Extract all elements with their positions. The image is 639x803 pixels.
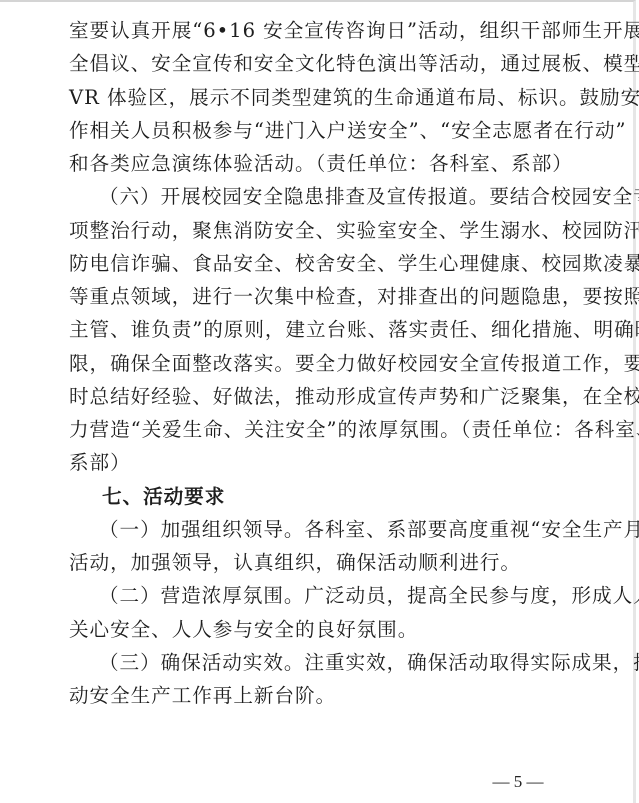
paragraph-line: 力营造“关爱生命、关注安全”的浓厚氛围。（责任单位：各科室、 (69, 413, 565, 446)
document-page: 室要认真开展“6•16 安全宣传咨询日”活动，组织干部师生开展安 全倡议、安全宣… (0, 0, 636, 803)
paragraph-line: （三）确保活动实效。注重实效，确保活动取得实际成果，推 (69, 646, 565, 679)
paragraph-line: 作相关人员积极参与“进门入户送安全”、“安全志愿者在行动” (69, 114, 565, 147)
paragraph-line: （六）开展校园安全隐患排查及宣传报道。要结合校园安全专 (69, 180, 565, 213)
paragraph-line: 时总结好经验、好做法，推动形成宣传声势和广泛聚集，在全校大 (69, 380, 565, 413)
paragraph-line: 限，确保全面整改落实。要全力做好校园安全宣传报道工作，要及 (69, 347, 565, 380)
paragraph-line: 室要认真开展“6•16 安全宣传咨询日”活动，组织干部师生开展安 (69, 14, 565, 47)
paragraph-line: （一）加强组织领导。各科室、系部要高度重视“安全生产月” (69, 513, 565, 546)
paragraph-line: VR 体验区，展示不同类型建筑的生命通道布局、标识。鼓励安全工 (69, 81, 565, 114)
paragraph-line: 全倡议、安全宣传和安全文化特色演出等活动，通过展板、模型或 (69, 47, 565, 80)
paragraph-line: 动安全生产工作再上新台阶。 (69, 679, 565, 712)
paragraph-line: 等重点领域，进行一次集中检查，对排查出的问题隐患，要按照“谁 (69, 280, 565, 313)
paragraph-line: 主管、谁负责”的原则，建立台账、落实责任、细化措施、明确时 (69, 313, 565, 346)
paragraph-line: 系部） (69, 446, 565, 479)
paragraph-line: 项整治行动，聚焦消防安全、实验室安全、学生溺水、校园防汛、 (69, 214, 565, 247)
section-heading: 七、活动要求 (69, 480, 565, 513)
paragraph-line: 和各类应急演练体验活动。（责任单位：各科室、系部） (69, 147, 565, 180)
paragraph-line: 防电信诈骗、食品安全、校舍安全、学生心理健康、校园欺凌暴力 (69, 247, 565, 280)
paragraph-line: 活动，加强领导，认真组织，确保活动顺利进行。 (69, 546, 565, 579)
document-body: 室要认真开展“6•16 安全宣传咨询日”活动，组织干部师生开展安 全倡议、安全宣… (69, 14, 565, 712)
paragraph-line: （二）营造浓厚氛围。广泛动员，提高全民参与度，形成人人 (69, 579, 565, 612)
page-number: — 5 — (478, 772, 558, 792)
paragraph-line: 关心安全、人人参与安全的良好氛围。 (69, 613, 565, 646)
